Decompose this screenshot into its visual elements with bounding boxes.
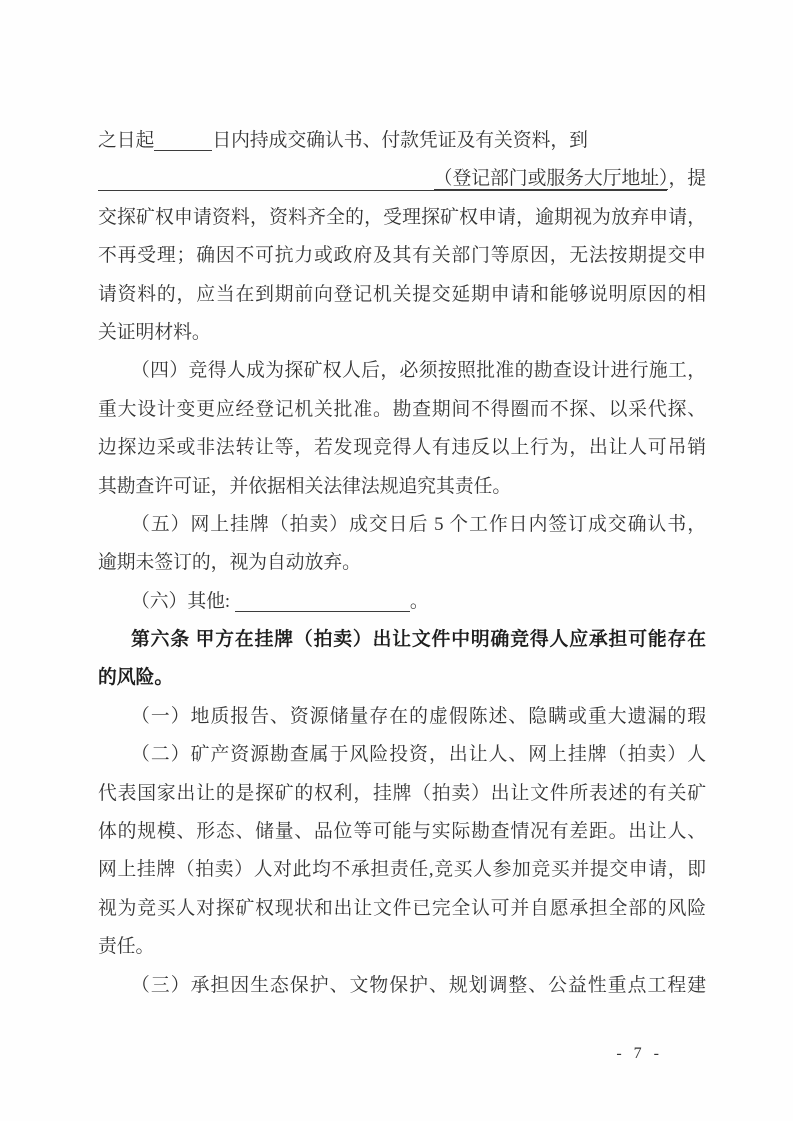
address-blank-label: （登记部门或服务大厅地址） [434,168,669,190]
registration-address-blank-line: （登记部门或服务大厅地址），提 [98,160,706,198]
text-line: 关证明材料。 [98,314,706,352]
document-page: 之日起日内持成交确认书、付款凭证及有关资料，到 （登记部门或服务大厅地址），提 … [0,0,793,1121]
line-text: 日内持成交确认书、付款凭证及有关资料，到 [212,130,588,151]
text-line: 责任。 [98,928,706,966]
risk-item-3-line: （三）承担因生态保护、文物保护、规划调整、公益性重点工程建 [98,967,706,1005]
clause-item-5-line: （五）网上挂牌（拍卖）成交日后 5 个工作日内签订成交确认书， [98,506,706,544]
clause-item-4-line: （四）竞得人成为探矿权人后，必须按照批准的勘查设计进行施工， [98,352,706,390]
text-line: 重大设计变更应经登记机关批准。勘查期间不得圈而不探、以采代探、 [98,391,706,429]
text-line: 体的规模、形态、储量、品位等可能与实际勘查情况有差距。出让人、 [98,813,706,851]
risk-item-1-line: （一）地质报告、资源储量存在的虚假陈述、隐瞒或重大遗漏的瑕疵。 [98,698,706,736]
line-text: 。 [410,591,429,612]
fill-in-blank-days [154,150,212,151]
text-line: 交探矿权申请资料，资料齐全的，受理探矿权申请，逾期视为放弃申请， [98,199,706,237]
article-6-heading-line: 的风险。 [98,659,706,697]
text-line: 逾期未签订的，视为自动放弃。 [98,544,706,582]
line-text: 之日起 [98,130,154,151]
line-text: （六）其他: [131,591,235,612]
document-body: 之日起日内持成交确认书、付款凭证及有关资料，到 （登记部门或服务大厅地址），提 … [98,122,706,1005]
article-6-heading-line: 第六条 甲方在挂牌（拍卖）出让文件中明确竞得人应承担可能存在 [98,621,706,659]
text-line: 其勘查许可证，并依据相关法律法规追究其责任。 [98,468,706,506]
text-line: 网上挂牌（拍卖）人对此均不承担责任,竞买人参加竞买并提交申请，即 [98,851,706,889]
line-text: ，提 [668,168,706,189]
risk-item-2-line: （二）矿产资源勘查属于风险投资，出让人、网上挂牌（拍卖）人 [98,736,706,774]
text-line: 请资料的，应当在到期前向登记机关提交延期申请和能够说明原因的相 [98,276,706,314]
clause-item-6-other-line: （六）其他: 。 [98,583,706,621]
address-fill-in-underline [98,190,667,191]
text-line: 边探边采或非法转让等，若发现竞得人有违反以上行为，出让人可吊销 [98,429,706,467]
text-line: 视为竞买人对探矿权现状和出让文件已完全认可并自愿承担全部的风险 [98,890,706,928]
page-number: - 7 - [616,1042,663,1066]
text-line: 代表国家出让的是探矿的权利，挂牌（拍卖）出让文件所表述的有关矿 [98,775,706,813]
continuation-line-days: 之日起日内持成交确认书、付款凭证及有关资料，到 [98,122,706,160]
text-line: 不再受理；确因不可抗力或政府及其有关部门等原因，无法按期提交申 [98,237,706,275]
fill-in-blank-other [235,611,410,612]
